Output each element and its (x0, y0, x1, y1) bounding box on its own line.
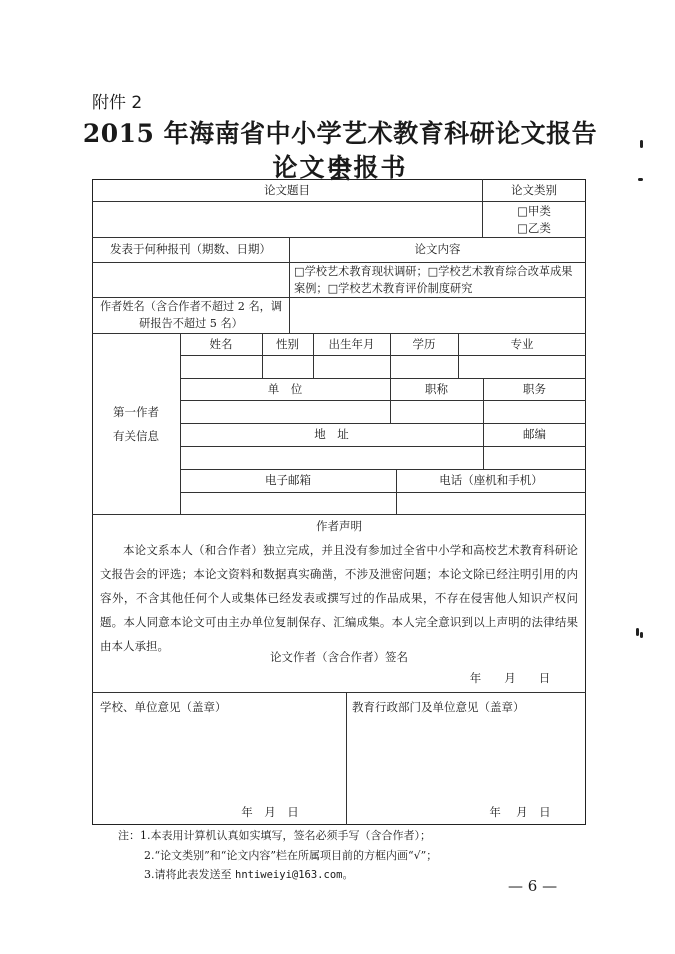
school-opinion-label: 学校、单位意见（盖章） (100, 697, 340, 717)
paper-title-input[interactable] (93, 202, 481, 236)
note-text: 2.“论文类别”和“论文内容”栏在所属项目前的方框内画“√”； (144, 849, 437, 862)
signature-label[interactable]: 论文作者（含合作者）签名 (92, 647, 586, 667)
edu-dept-opinion-label: 教育行政部门及单位意见（盖章） (352, 697, 582, 717)
content-label: 论文内容 (289, 237, 586, 262)
notes: 注：1.本表用计算机认真如实填写，签名必须手写（含合作者）； 2.“论文类别”和… (118, 826, 437, 886)
note-item-1: 注：1.本表用计算机认真如实填写，签名必须手写（含合作者）； (118, 826, 437, 846)
unit-input[interactable] (181, 401, 389, 422)
published-in-input[interactable] (93, 263, 288, 297)
divider (92, 692, 586, 693)
note-item-3: 3.请将此表发送至 hntiweiyi@163.com。 (118, 865, 437, 886)
paper-title-label: 论文题目 (92, 179, 482, 201)
title-input[interactable] (391, 401, 482, 422)
authors-input[interactable] (290, 298, 585, 333)
position-input[interactable] (484, 401, 585, 422)
note-suffix: 。 (342, 868, 353, 881)
attachment-label: 附件 2 (92, 88, 142, 113)
gender-input[interactable] (263, 356, 312, 377)
email-input[interactable] (181, 493, 395, 513)
first-author-label-line2: 有关信息 (113, 424, 159, 448)
gender-label: 性别 (262, 333, 313, 355)
phone-input[interactable] (397, 493, 585, 513)
title-label: 职称 (390, 378, 483, 400)
authors-label: 作者姓名（含合作者不超过 2 名，调研报告不超过 5 名） (96, 297, 286, 333)
birth-label: 出生年月 (313, 333, 390, 355)
note-item-2: 2.“论文类别”和“论文内容”栏在所属项目前的方框内画“√”； (118, 846, 437, 866)
major-label: 专业 (458, 333, 586, 355)
content-options[interactable]: □学校艺术教育现状调研；□学校艺术教育综合改革成果案例；□学校艺术教育评价制度研… (294, 263, 582, 297)
scan-artifact (640, 140, 643, 148)
contact-email-link[interactable]: hntiweiyi@163.com (235, 869, 342, 881)
published-in-label: 发表于何种报刊（期数、日期） (92, 237, 289, 262)
page-number: — 6 — (508, 877, 557, 895)
postcode-input[interactable] (484, 447, 585, 468)
name-input[interactable] (181, 356, 261, 377)
address-label: 地 址 (180, 423, 483, 446)
category-options: □甲类 □乙类 (482, 202, 586, 237)
scan-artifact (636, 628, 639, 636)
postcode-label: 邮编 (483, 423, 586, 446)
scan-artifact (638, 178, 643, 181)
first-author-section-label: 第一作者 有关信息 (92, 333, 180, 514)
edu-dept-opinion-date[interactable]: 年 月 日 (470, 802, 570, 822)
category-label: 论文类别 (482, 179, 586, 201)
divider (346, 692, 347, 825)
category-option-b-checkbox[interactable]: □乙类 (517, 220, 551, 237)
first-author-label-line1: 第一作者 (113, 400, 159, 424)
name-label: 姓名 (180, 333, 262, 355)
position-label: 职务 (483, 378, 586, 400)
phone-label: 电话（座机和手机） (396, 469, 586, 492)
address-input[interactable] (181, 447, 482, 468)
scan-artifact (640, 632, 643, 638)
notes-prefix: 注： (118, 829, 140, 842)
declaration-date[interactable]: 年 月 日 (450, 668, 570, 688)
declaration-text: 本论文系本人（和合作者）独立完成，并且没有参加过全省中小学和高校艺术教育科研论文… (100, 538, 578, 658)
education-label: 学历 (390, 333, 458, 355)
major-input[interactable] (459, 356, 585, 377)
education-input[interactable] (391, 356, 457, 377)
email-label: 电子邮箱 (180, 469, 396, 492)
school-opinion-date[interactable]: 年 月 日 (220, 802, 320, 822)
declaration-heading: 作者声明 (92, 515, 586, 537)
unit-label: 单 位 (180, 378, 390, 400)
birth-input[interactable] (314, 356, 389, 377)
category-option-a-checkbox[interactable]: □甲类 (517, 203, 551, 220)
note-text: 3.请将此表发送至 (144, 868, 235, 881)
note-text: 1.本表用计算机认真如实填写，签名必须手写（含合作者）； (140, 829, 431, 842)
